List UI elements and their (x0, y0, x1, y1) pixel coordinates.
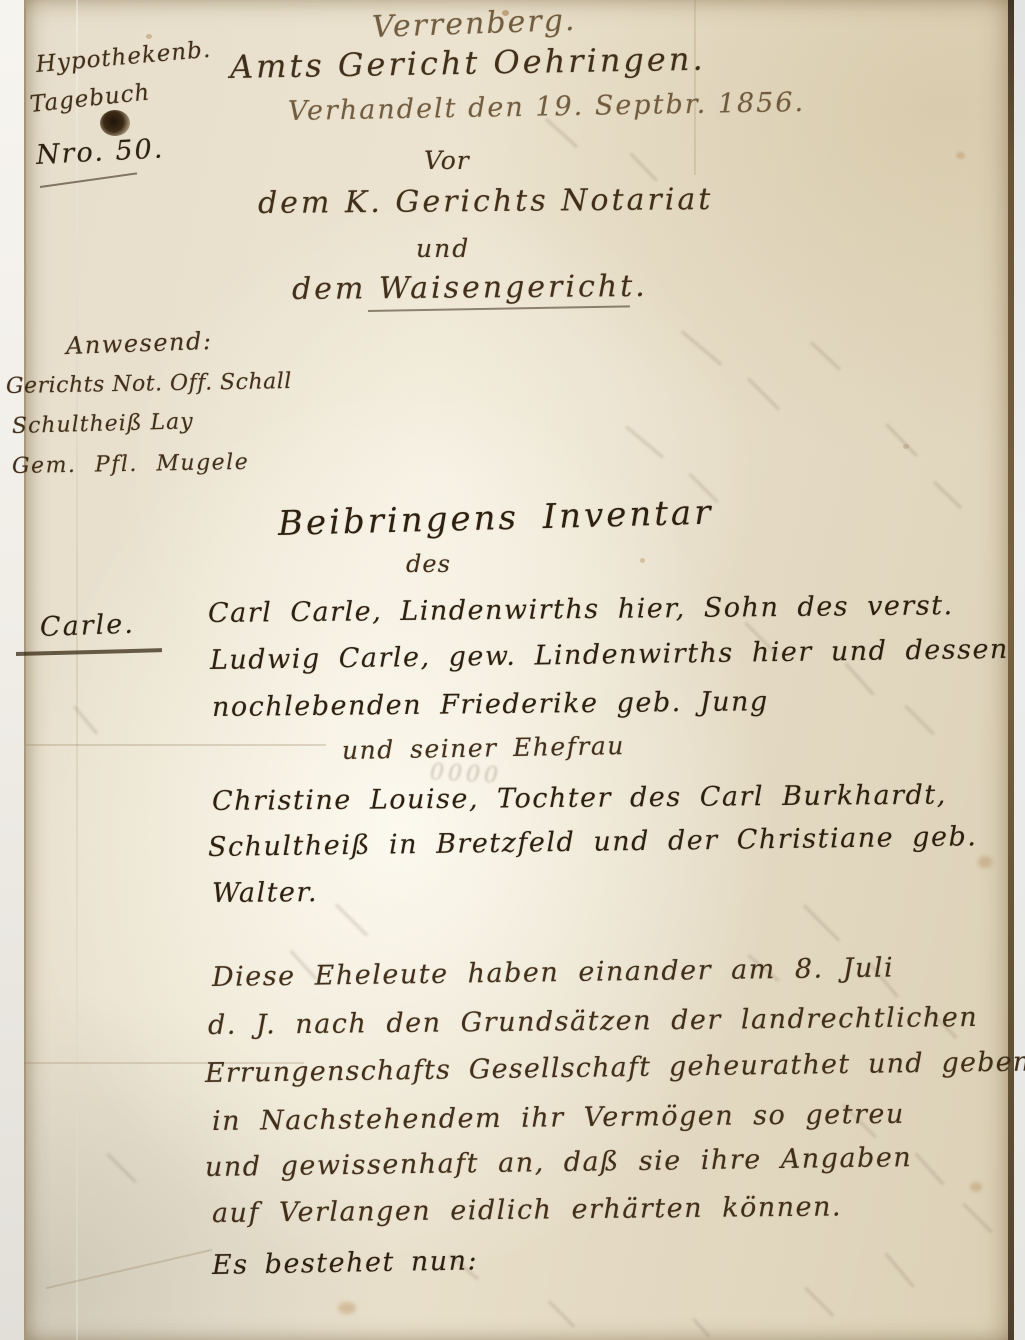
backing-surface-left (0, 0, 24, 1340)
attendee-line-2: Schultheiß Lay (12, 409, 194, 439)
body-closing: Es bestehet nun: (212, 1245, 479, 1281)
header-vor: Vor (424, 146, 470, 175)
paper-edge (1008, 0, 1014, 1340)
stain-speck (640, 558, 645, 563)
stain-speck (338, 1302, 356, 1314)
stain-speck (970, 1182, 982, 1192)
party2-line-3: Walter. (212, 877, 318, 909)
header-waisengericht: dem Waisengericht. (292, 269, 648, 307)
party2-line-1: Christine Louise, Tochter des Carl Burkh… (212, 780, 947, 817)
body-line-6: auf Verlangen eidlich erhärten können. (212, 1191, 842, 1229)
header-notariat: dem K. Gerichts Notariat (258, 182, 714, 221)
stain-speck (146, 34, 152, 39)
attendees-heading: Anwesend: (66, 327, 213, 360)
stain-speck (978, 856, 992, 868)
manuscript-scan: Hypothekenb. Tagebuch Nro. 50. Verrenber… (0, 0, 1025, 1340)
stain-speck (956, 152, 965, 159)
stain-speck (903, 444, 909, 449)
margin-family-name: Carle. (39, 609, 135, 643)
connector-line: und seiner Ehefrau (342, 731, 625, 765)
attendee-line-1: Gerichts Not. Off. Schall (6, 369, 292, 399)
party1-line-3: nochlebenden Friederike geb. Jung (212, 686, 769, 723)
title-des: des (406, 550, 451, 578)
header-und: und (416, 234, 470, 263)
ink-blot (100, 110, 130, 136)
backing-surface-right (1014, 0, 1025, 1340)
attendee-line-3: Gem. Pfl. Mugele (12, 450, 250, 479)
header-place: Verrenberg. (371, 3, 577, 45)
